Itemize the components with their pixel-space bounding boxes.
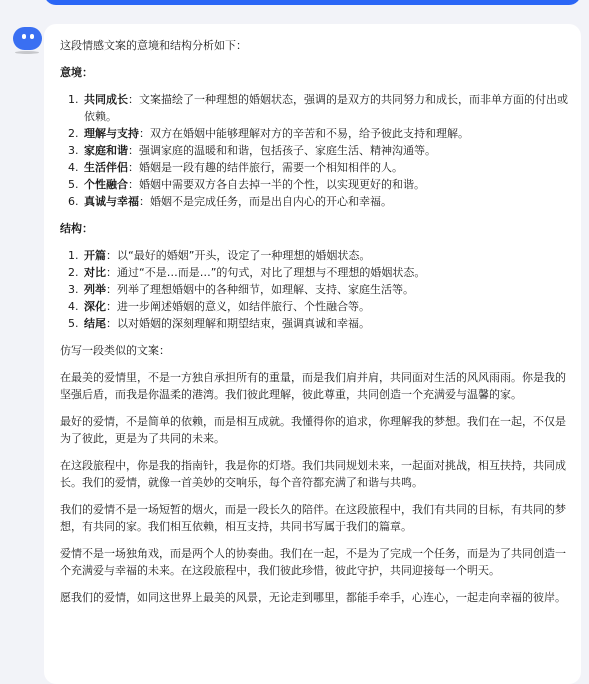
imitation-paragraph: 愿我们的爱情，如同这世界上最美的风景，无论走到哪里，都能手牵手，心连心，一起走向… bbox=[60, 589, 569, 606]
separator: ： bbox=[106, 317, 117, 330]
structure-heading: 结构： bbox=[60, 220, 569, 237]
separator: ： bbox=[139, 127, 150, 140]
imitation-paragraph: 我们的爱情不是一场短暂的烟火，而是一段长久的陪伴。在这段旅程中，我们有共同的目标… bbox=[60, 501, 569, 535]
user-message-bubble-edge bbox=[44, 0, 581, 5]
list-item: 家庭和谐：强调家庭的温暖和和谐，包括孩子、家庭生活、精神沟通等。 bbox=[82, 142, 569, 159]
list-item: 共同成长：文案描绘了一种理想的婚姻状态，强调的是双方的共同努力和成长，而非单方面… bbox=[82, 91, 569, 125]
list-item-desc: 婚姻不是完成任务，而是出自内心的开心和幸福。 bbox=[150, 195, 392, 208]
structure-list: 开篇：以“最好的婚姻”开头，设定了一种理想的婚姻状态。 对比：通过“不是…而是…… bbox=[60, 247, 569, 332]
assistant-message-bubble: 这段情感文案的意境和结构分析如下： 意境： 共同成长：文案描绘了一种理想的婚姻状… bbox=[44, 24, 581, 662]
list-item-term: 深化 bbox=[84, 300, 106, 313]
robot-face-icon-left-eye bbox=[22, 34, 26, 39]
list-item-desc: 列举了理想婚姻中的各种细节，如理解、支持、家庭生活等。 bbox=[117, 283, 414, 296]
intro-text: 这段情感文案的意境和结构分析如下： bbox=[60, 37, 569, 54]
list-item-term: 个性融合 bbox=[84, 178, 128, 191]
list-item: 理解与支持：双方在婚姻中能够理解对方的辛苦和不易，给予彼此支持和理解。 bbox=[82, 125, 569, 142]
separator: ： bbox=[106, 283, 117, 296]
list-item-desc: 文案描绘了一种理想的婚姻状态，强调的是双方的共同努力和成长，而非单方面的付出或依… bbox=[84, 93, 568, 123]
list-item: 深化：进一步阐述婚姻的意义，如结伴旅行、个性融合等。 bbox=[82, 298, 569, 315]
list-item-desc: 通过“不是…而是…”的句式，对比了理想与不理想的婚姻状态。 bbox=[117, 266, 425, 279]
list-item-desc: 婚姻是一段有趣的结伴旅行，需要一个相知相伴的人。 bbox=[139, 161, 403, 174]
imitation-paragraph: 在这段旅程中，你是我的指南针，我是你的灯塔。我们共同规划未来，一起面对挑战，相互… bbox=[60, 457, 569, 491]
list-item-term: 生活伴侣 bbox=[84, 161, 128, 174]
list-item: 结尾：以对婚姻的深刻理解和期望结束，强调真诚和幸福。 bbox=[82, 315, 569, 332]
imitation-paragraph: 最好的爱情，不是简单的依赖，而是相互成就。我懂得你的追求，你理解我的梦想。我们在… bbox=[60, 413, 569, 447]
list-item: 列举：列举了理想婚姻中的各种细节，如理解、支持、家庭生活等。 bbox=[82, 281, 569, 298]
list-item-term: 开篇 bbox=[84, 249, 106, 262]
list-item-desc: 双方在婚姻中能够理解对方的辛苦和不易，给予彼此支持和理解。 bbox=[150, 127, 469, 140]
list-item: 个性融合：婚姻中需要双方各自去掉一半的个性，以实现更好的和谐。 bbox=[82, 176, 569, 193]
list-item-desc: 强调家庭的温暖和和谐，包括孩子、家庭生活、精神沟通等。 bbox=[139, 144, 436, 157]
imitation-intro: 仿写一段类似的文案： bbox=[60, 342, 569, 359]
separator: ： bbox=[128, 161, 139, 174]
list-item-desc: 以“最好的婚姻”开头，设定了一种理想的婚姻状态。 bbox=[117, 249, 370, 262]
separator: ： bbox=[106, 249, 117, 262]
separator: ： bbox=[139, 195, 150, 208]
imitation-paragraph: 爱情不是一场独角戏，而是两个人的协奏曲。我们在一起，不是为了完成一个任务，而是为… bbox=[60, 545, 569, 579]
list-item-term: 对比 bbox=[84, 266, 106, 279]
separator: ： bbox=[128, 144, 139, 157]
list-item-desc: 进一步阐述婚姻的意义，如结伴旅行、个性融合等。 bbox=[117, 300, 370, 313]
assistant-avatar bbox=[13, 27, 42, 50]
separator: ： bbox=[106, 266, 117, 279]
list-item-desc: 以对婚姻的深刻理解和期望结束，强调真诚和幸福。 bbox=[117, 317, 370, 330]
mood-list: 共同成长：文案描绘了一种理想的婚姻状态，强调的是双方的共同努力和成长，而非单方面… bbox=[60, 91, 569, 210]
list-item-term: 真诚与幸福 bbox=[84, 195, 139, 208]
list-item-term: 理解与支持 bbox=[84, 127, 139, 140]
separator: ： bbox=[128, 93, 139, 106]
list-item-term: 结尾 bbox=[84, 317, 106, 330]
list-item: 真诚与幸福：婚姻不是完成任务，而是出自内心的开心和幸福。 bbox=[82, 193, 569, 210]
separator: ： bbox=[128, 178, 139, 191]
robot-face-icon-right-eye bbox=[30, 34, 34, 39]
list-item: 对比：通过“不是…而是…”的句式，对比了理想与不理想的婚姻状态。 bbox=[82, 264, 569, 281]
imitation-paragraph: 在最美的爱情里，不是一方独自承担所有的重量，而是我们肩并肩，共同面对生活的风风雨… bbox=[60, 369, 569, 403]
avatar-shadow bbox=[15, 51, 39, 54]
list-item: 生活伴侣：婚姻是一段有趣的结伴旅行，需要一个相知相伴的人。 bbox=[82, 159, 569, 176]
list-item-desc: 婚姻中需要双方各自去掉一半的个性，以实现更好的和谐。 bbox=[139, 178, 425, 191]
list-item-term: 家庭和谐 bbox=[84, 144, 128, 157]
mood-heading: 意境： bbox=[60, 64, 569, 81]
list-item-term: 列举 bbox=[84, 283, 106, 296]
list-item: 开篇：以“最好的婚姻”开头，设定了一种理想的婚姻状态。 bbox=[82, 247, 569, 264]
list-item-term: 共同成长 bbox=[84, 93, 128, 106]
separator: ： bbox=[106, 300, 117, 313]
